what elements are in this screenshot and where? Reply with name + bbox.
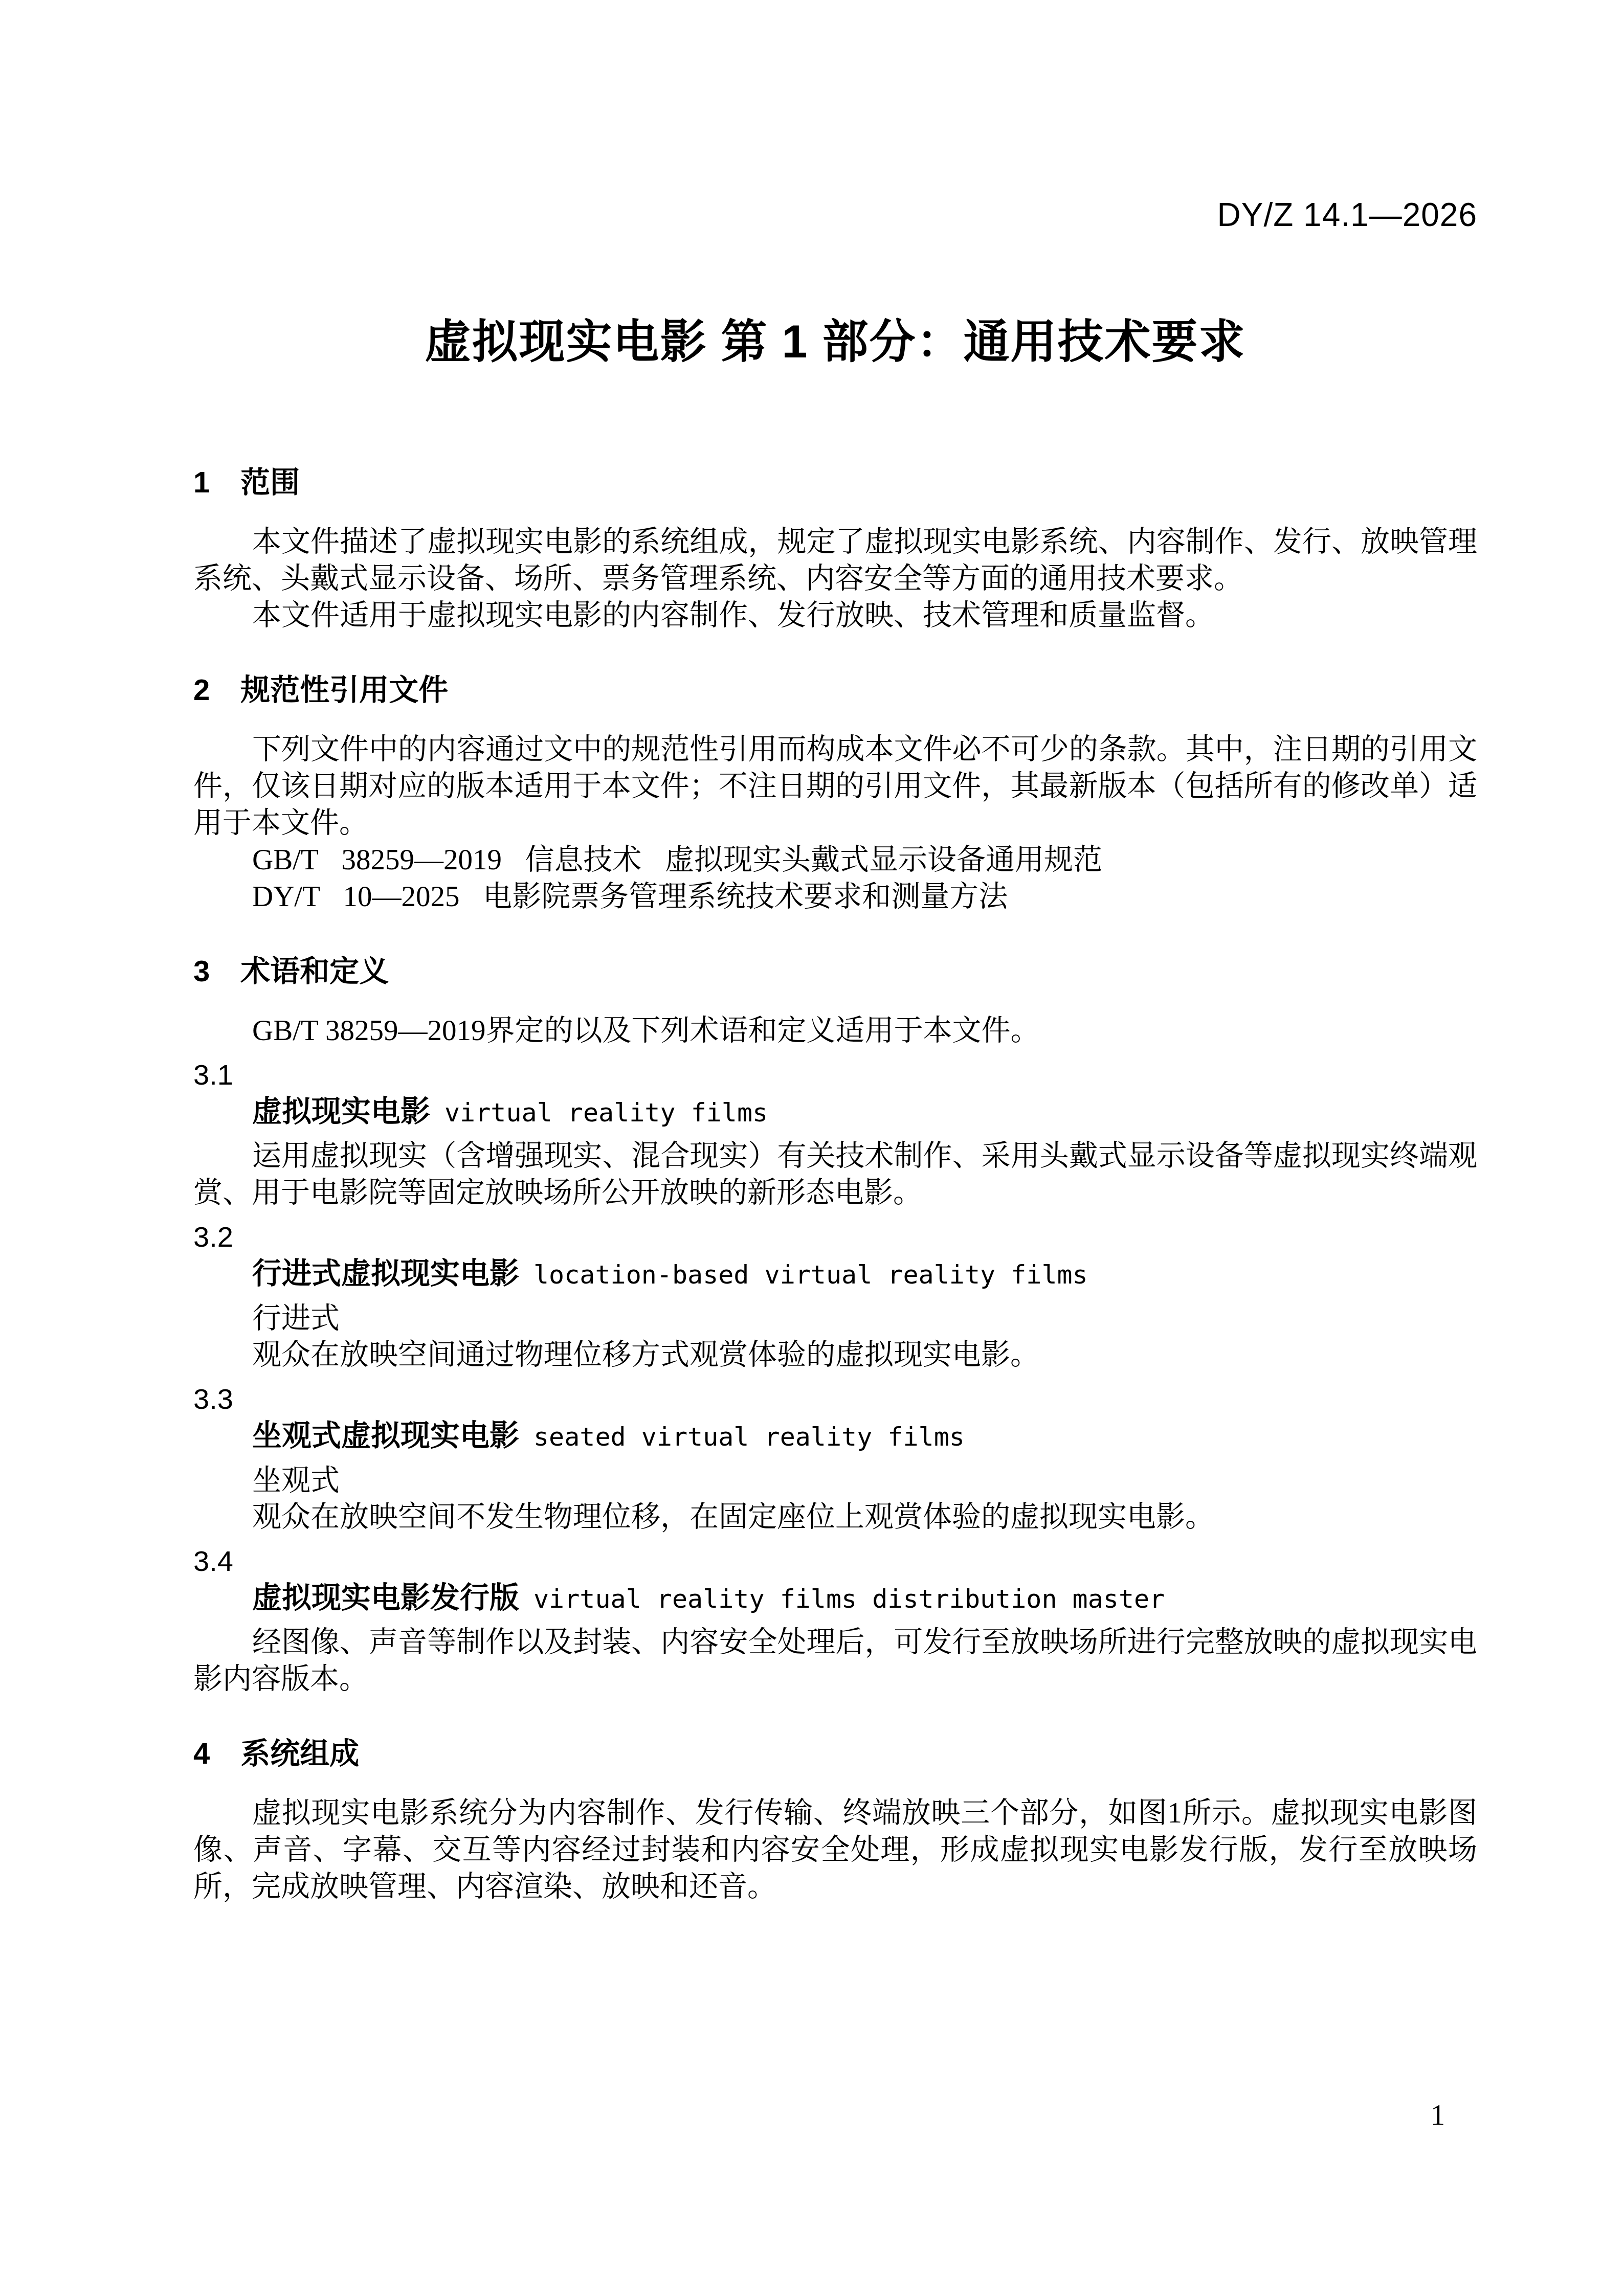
paragraph: 虚拟现实电影系统分为内容制作、发行传输、终端放映三个部分，如图1所示。虚拟现实电… [193,1795,1477,1905]
section-1-heading: 1范围 [193,464,1477,501]
paragraph: GB/T 38259—2019界定的以及下列术语和定义适用于本文件。 [193,1012,1477,1049]
section-number: 1 [193,464,210,501]
term-zh: 虚拟现实电影发行版 [252,1581,519,1614]
section-number: 4 [193,1736,210,1772]
term-id: 3.3 [193,1381,1477,1417]
term-definition: 运用虚拟现实（含增强现实、混合现实）有关技术制作、采用头戴式显示设备等虚拟现实终… [193,1138,1477,1211]
term-en: seated virtual reality films [533,1422,965,1452]
term-zh: 虚拟现实电影 [252,1095,430,1128]
term-id: 3.1 [193,1056,1477,1093]
section-2-heading: 2规范性引用文件 [193,672,1477,709]
doc-number: DY/Z 14.1—2026 [193,200,1477,229]
document-title: 虚拟现实电影 第 1 部分：通用技术要求 [193,314,1477,370]
section-number: 2 [193,672,210,709]
paragraph: 本文件适用于虚拟现实电影的内容制作、发行放映、技术管理和质量监督。 [193,597,1477,634]
reference-item: GB/T 38259—2019 信息技术 虚拟现实头戴式显示设备通用规范 [193,842,1477,879]
term-definition: 观众在放映空间不发生物理位移，在固定座位上观赏体验的虚拟现实电影。 [193,1499,1477,1536]
section-title: 范围 [240,466,300,499]
section-title: 规范性引用文件 [240,673,448,707]
document-page: DY/Z 14.1—2026 虚拟现实电影 第 1 部分：通用技术要求 1范围 … [0,0,1624,2296]
term-id: 3.4 [193,1543,1477,1580]
section-number: 3 [193,953,210,990]
term-synonym: 行进式 [193,1300,1477,1337]
section-3-heading: 3术语和定义 [193,953,1477,990]
reference-item: DY/T 10—2025 电影院票务管理系统技术要求和测量方法 [193,879,1477,915]
term-synonym: 坐观式 [193,1462,1477,1499]
term-zh: 坐观式虚拟现实电影 [252,1419,519,1452]
term-line: 虚拟现实电影发行版virtual reality films distribut… [193,1580,1477,1624]
section-4-heading: 4系统组成 [193,1736,1477,1772]
term-entry: 3.4 虚拟现实电影发行版virtual reality films distr… [193,1543,1477,1698]
term-en: location-based virtual reality films [533,1260,1088,1290]
term-line: 虚拟现实电影virtual reality films [193,1093,1477,1138]
term-line: 行进式虚拟现实电影location-based virtual reality … [193,1255,1477,1300]
term-zh: 行进式虚拟现实电影 [252,1257,519,1290]
content-area: DY/Z 14.1—2026 虚拟现实电影 第 1 部分：通用技术要求 1范围 … [193,0,1477,1905]
term-entry: 3.1 虚拟现实电影virtual reality films 运用虚拟现实（含… [193,1056,1477,1211]
term-en: virtual reality films [444,1098,768,1128]
section-title: 系统组成 [240,1737,359,1770]
term-id: 3.2 [193,1219,1477,1255]
term-en: virtual reality films distribution maste… [533,1584,1165,1614]
term-line: 坐观式虚拟现实电影seated virtual reality films [193,1417,1477,1462]
term-entry: 3.2 行进式虚拟现实电影location-based virtual real… [193,1219,1477,1374]
term-definition: 经图像、声音等制作以及封装、内容安全处理后，可发行至放映场所进行完整放映的虚拟现… [193,1624,1477,1698]
paragraph: 下列文件中的内容通过文中的规范性引用而构成本文件必不可少的条款。其中，注日期的引… [193,731,1477,842]
paragraph: 本文件描述了虚拟现实电影的系统组成，规定了虚拟现实电影系统、内容制作、发行、放映… [193,524,1477,597]
term-entry: 3.3 坐观式虚拟现实电影seated virtual reality film… [193,1381,1477,1536]
page-number: 1 [1431,2099,1445,2132]
section-title: 术语和定义 [240,955,389,988]
term-definition: 观众在放映空间通过物理位移方式观赏体验的虚拟现实电影。 [193,1337,1477,1374]
